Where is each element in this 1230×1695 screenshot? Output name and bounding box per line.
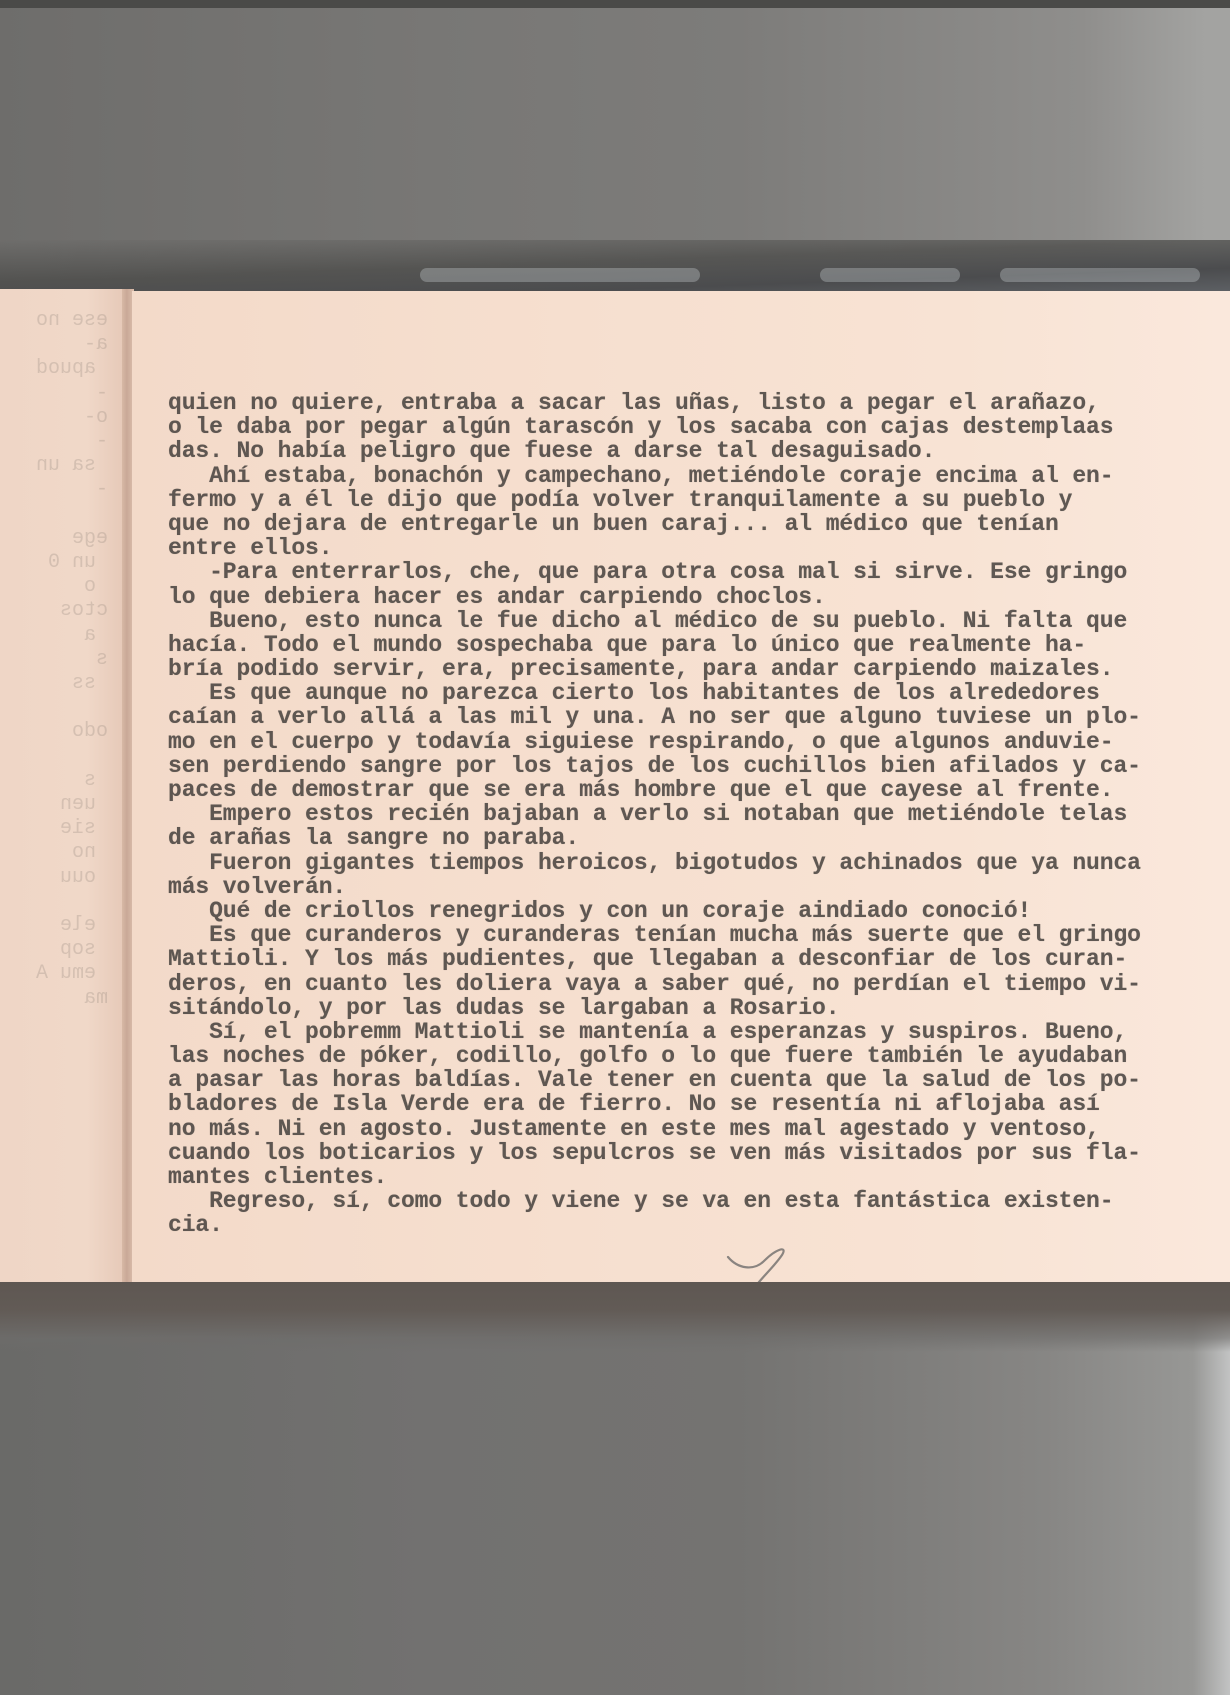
text-line: de arañas la sangre no paraba. — [168, 826, 1141, 850]
text-line: entre ellos. — [168, 536, 1141, 560]
text-line: Mattioli. Y los más pudientes, que llega… — [168, 947, 1141, 971]
text-line: das. No había peligro que fuese a darse … — [168, 439, 1141, 463]
text-line: bría podido servir, era, precisamente, p… — [168, 657, 1141, 681]
text-line: quien no quiere, entraba a sacar las uña… — [168, 391, 1141, 415]
text-line: mantes clientes. — [168, 1165, 1141, 1189]
text-line: hacía. Todo el mundo sospechaba que para… — [168, 633, 1141, 657]
text-line: no más. Ni en agosto. Justamente en este… — [168, 1117, 1141, 1141]
facing-page-strip: ese no a- apuod - o- - sa un - ege un 0 … — [0, 289, 124, 1282]
facing-page-bleed-through: ese no a- apuod - o- - sa un - ege un 0 … — [8, 309, 108, 1259]
text-line: bladores de Isla Verde era de fierro. No… — [168, 1092, 1141, 1116]
text-line: fermo y a él le dijo que podía volver tr… — [168, 488, 1141, 512]
text-line: deros, en cuanto les doliera vaya a sabe… — [168, 972, 1141, 996]
page-top-shadow — [0, 240, 1230, 292]
text-line: Sí, el pobremm Mattioli se mantenía a es… — [168, 1020, 1141, 1044]
text-line: Regreso, sí, como todo y viene y se va e… — [168, 1189, 1141, 1213]
text-line: lo que debiera hacer es andar carpiendo … — [168, 585, 1141, 609]
text-line: Empero estos recién bajaban a verlo si n… — [168, 802, 1141, 826]
text-line: cuando los boticarios y los sepulcros se… — [168, 1141, 1141, 1165]
text-line: paces de demostrar que se era más hombre… — [168, 778, 1141, 802]
text-line: más volverán. — [168, 875, 1141, 899]
text-line: a pasar las horas baldías. Vale tener en… — [168, 1068, 1141, 1092]
text-line: mo en el cuerpo y todavía siguiese respi… — [168, 730, 1141, 754]
text-line: Es que aunque no parezca cierto los habi… — [168, 681, 1141, 705]
text-line: Es que curanderos y curanderas tenían mu… — [168, 923, 1141, 947]
text-line: sen perdiendo sangre por los tajos de lo… — [168, 754, 1141, 778]
text-line: -Para enterrarlos, che, que para otra co… — [168, 560, 1141, 584]
typewritten-page: quien no quiere, entraba a sacar las uña… — [132, 291, 1230, 1283]
text-line: cia. — [168, 1213, 1141, 1237]
text-line: Ahí estaba, bonachón y campechano, metié… — [168, 464, 1141, 488]
plastic-glare — [420, 268, 700, 282]
text-line: caían a verlo allá a las mil y una. A no… — [168, 705, 1141, 729]
scanner-edge — [0, 0, 1230, 8]
text-line: o le daba por pegar algún tarascón y los… — [168, 415, 1141, 439]
page-bottom-shadow — [0, 1282, 1230, 1352]
text-line: que no dejara de entregarle un buen cara… — [168, 512, 1141, 536]
text-line: Qué de criollos renegridos y con un cora… — [168, 899, 1141, 923]
plastic-glare — [1000, 268, 1200, 282]
plastic-glare — [820, 268, 960, 282]
text-line: Fueron gigantes tiempos heroicos, bigotu… — [168, 851, 1141, 875]
text-line: las noches de póker, codillo, golfo o lo… — [168, 1044, 1141, 1068]
page-body-text: quien no quiere, entraba a sacar las uña… — [168, 391, 1141, 1238]
text-line: sitándolo, y por las dudas se largaban a… — [168, 996, 1141, 1020]
text-line: Bueno, esto nunca le fue dicho al médico… — [168, 609, 1141, 633]
